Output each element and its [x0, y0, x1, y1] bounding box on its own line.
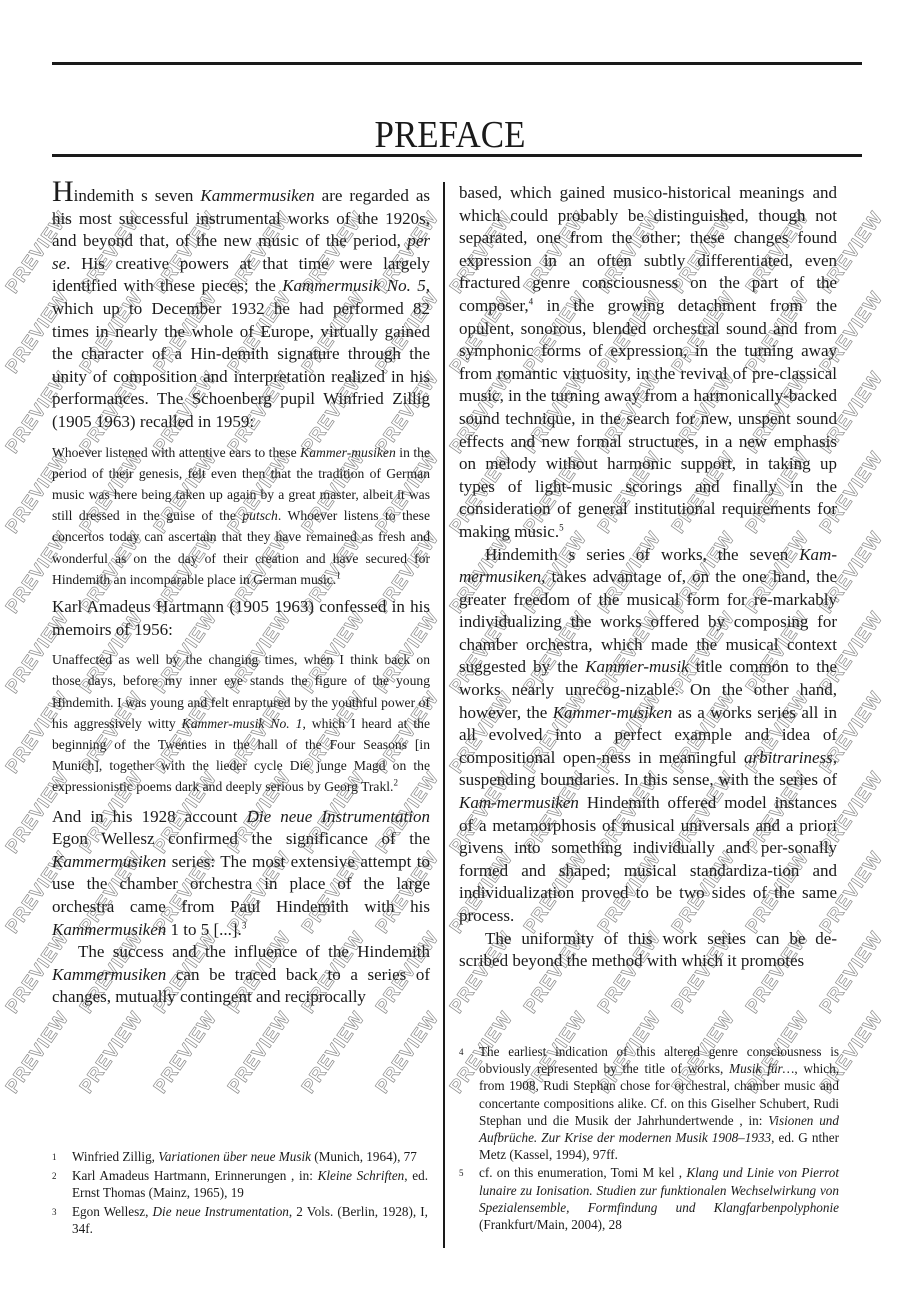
italic-text: Kammer-musiken — [553, 703, 673, 722]
footnote-number: 2 — [52, 1167, 72, 1201]
text-run: Hindemith offered model instances of a m… — [459, 793, 837, 925]
changes-paragraph: based, which gained musico-historical me… — [459, 182, 837, 544]
footnote-item: 4The earliest indication of this altered… — [459, 1043, 839, 1163]
footnote-ref[interactable]: 3 — [242, 920, 247, 930]
left-column: Hindemith s seven Kammermusiken are rega… — [52, 182, 430, 1009]
preview-watermark: PREVIEW — [150, 1008, 222, 1098]
footnote-text: cf. on this enumeration, Tomi M kel , Kl… — [479, 1164, 839, 1233]
footnote-item: 1Winfried Zillig, Variationen über neue … — [52, 1148, 428, 1166]
italic-text: Kammermusiken — [52, 920, 166, 939]
top-rule — [52, 62, 862, 65]
text-run: , which up to December 1932 he had perfo… — [52, 276, 430, 431]
right-column: based, which gained musico-historical me… — [459, 182, 837, 973]
column-divider — [443, 182, 445, 1248]
italic-text: arbitrariness — [744, 748, 833, 767]
footnote-text: Egon Wellesz, Die neue Instrumentation, … — [72, 1203, 428, 1237]
text-run: Whoever listened with attentive ears to … — [52, 445, 300, 460]
italic-text: Die neue Instrumentation — [247, 807, 430, 826]
footnote-item: 2Karl Amadeus Hartmann, Erinnerungen , i… — [52, 1167, 428, 1201]
hartmann-intro: Karl Amadeus Hartmann (1905 1963) confes… — [52, 596, 430, 641]
series-paragraph: Hindemith s series of works, the seven K… — [459, 544, 837, 928]
footnote-text: Karl Amadeus Hartmann, Erinnerungen , in… — [72, 1167, 428, 1201]
success-paragraph: The success and the influence of the Hin… — [52, 941, 430, 1009]
italic-text: Variationen über neue Musik — [158, 1149, 311, 1164]
footnote-text: The earliest indication of this altered … — [479, 1043, 839, 1163]
text-run: Winfried Zillig, — [72, 1149, 158, 1164]
intro-paragraph-text: indemith s seven Kammermusiken are regar… — [52, 186, 430, 431]
preview-watermark: PREVIEW — [2, 1008, 74, 1098]
title-bottom-rule — [52, 154, 862, 157]
preview-watermark: PREVIEW — [372, 1008, 444, 1098]
italic-text: Musik für… — [729, 1061, 794, 1076]
footnote-text: Winfried Zillig, Variationen über neue M… — [72, 1148, 428, 1166]
italic-text: Kammermusik No. 5 — [282, 276, 426, 295]
italic-text: Kleine Schriften — [318, 1168, 405, 1183]
zillig-quote: Whoever listened with attentive ears to … — [52, 442, 430, 590]
text-run: in the growing detachment from the opule… — [459, 296, 837, 541]
footnote-ref[interactable]: 5 — [559, 522, 564, 532]
footnotes-left: 1Winfried Zillig, Variationen über neue … — [52, 1148, 428, 1238]
text-run: Egon Wellesz confirmed the significance … — [52, 829, 430, 848]
text-run: Hindemith s series of works, the seven — [485, 545, 799, 564]
preview-watermark: PREVIEW — [298, 1008, 370, 1098]
uniformity-paragraph: The uniformity of this work series can b… — [459, 928, 837, 973]
italic-text: Kammermusiken — [200, 186, 314, 205]
italic-text: Kam-mermusiken — [459, 793, 579, 812]
italic-text: Kammer-musiken — [300, 445, 396, 460]
footnote-item: 3Egon Wellesz, Die neue Instrumentation,… — [52, 1203, 428, 1237]
footnote-ref[interactable]: 1 — [336, 570, 341, 580]
text-run: (Munich, 1964), 77 — [311, 1149, 417, 1164]
italic-text: Kammermusiken — [52, 852, 166, 871]
page-title: PREFACE — [36, 111, 864, 159]
text-run: 1 to 5 [...]. — [166, 920, 242, 939]
footnote-number: 5 — [459, 1164, 479, 1233]
italic-text: Kammer-musik No. 1 — [182, 716, 303, 731]
footnote-item: 5cf. on this enumeration, Tomi M kel , K… — [459, 1164, 839, 1233]
drop-cap: H — [52, 175, 74, 208]
hartmann-quote: Unaffected as well by the changing times… — [52, 649, 430, 797]
text-run: And in his 1928 account — [52, 807, 247, 826]
wellesz-paragraph: And in his 1928 account Die neue Instrum… — [52, 806, 430, 942]
text-run: cf. on this enumeration, Tomi M kel , — [479, 1165, 686, 1180]
italic-text: putsch — [242, 508, 278, 523]
intro-paragraph: Hindemith s seven Kammermusiken are rega… — [52, 182, 430, 434]
footnote-number: 1 — [52, 1148, 72, 1166]
text-run: The success and the influence of the Hin… — [78, 942, 430, 961]
footnote-number: 3 — [52, 1203, 72, 1237]
text-run: indemith s seven — [74, 186, 201, 205]
italic-text: Kammer-musik — [585, 657, 689, 676]
text-run: Karl Amadeus Hartmann (1905 1963) confes… — [52, 597, 430, 639]
text-run: (Frankfurt/Main, 2004), 28 — [479, 1217, 622, 1232]
footnotes-right: 4The earliest indication of this altered… — [459, 1043, 839, 1234]
footnote-ref[interactable]: 2 — [393, 778, 398, 788]
preview-watermark: PREVIEW — [76, 1008, 148, 1098]
text-run: Karl Amadeus Hartmann, Erinnerungen , in… — [72, 1168, 318, 1183]
italic-text: Kammermusiken — [52, 965, 166, 984]
italic-text: Die neue Instrumentation — [153, 1204, 289, 1219]
preview-watermark: PREVIEW — [224, 1008, 296, 1098]
text-run: The uniformity of this work series can b… — [459, 929, 837, 971]
footnote-number: 4 — [459, 1043, 479, 1163]
text-run: Egon Wellesz, — [72, 1204, 153, 1219]
